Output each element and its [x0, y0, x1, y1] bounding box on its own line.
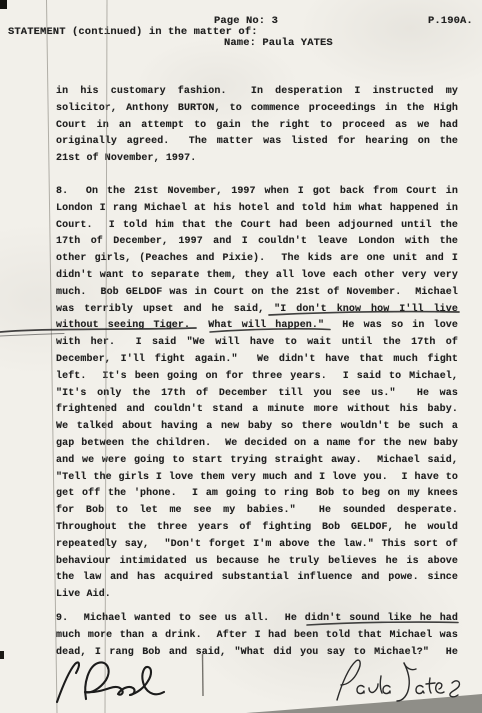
body-line: London I rang Michael at his hotel and t… [56, 201, 458, 218]
scanned-statement-page: STATEMENT (continued) in the matter of: … [0, 0, 482, 713]
body-line: without seeing Tiger. What will happen."… [56, 318, 458, 335]
body-line: for Bob to let me see my babies." He sou… [56, 503, 458, 520]
statement-continued-label: STATEMENT (continued) in the matter of: [8, 26, 258, 38]
body-line: and we were going to start trying straig… [56, 453, 458, 470]
body-line: in his customary fashion. In desperation… [56, 84, 458, 101]
body-line: 21st of November, 1997. [56, 151, 458, 168]
body-line: Court. I told him that the Court had bee… [56, 218, 458, 235]
paragraph: 8. On the 21st November, 1997 when I got… [56, 184, 458, 604]
body-line: "Tell the girls I love them very much an… [56, 470, 458, 487]
body-line: dead, I rang Bob and said, "What did you… [56, 645, 458, 662]
body-line: originally agreed. The matter was listed… [56, 134, 458, 151]
body-line: gap between the children. We decided on … [56, 436, 458, 453]
body-line: other girls, (Peaches and Pixie). The ki… [56, 251, 458, 268]
body-line: We talked about having a new baby so the… [56, 419, 458, 436]
body-line: behaviour intimidated us because he trul… [56, 554, 458, 571]
body-line: "It's only the 17th of December till you… [56, 386, 458, 403]
statement-body: in his customary fashion. In desperation… [56, 84, 458, 661]
body-line: frightened and couldn't stand a minute m… [56, 402, 458, 419]
body-line: 17th of December, 1997 and I couldn't le… [56, 234, 458, 251]
body-line: with her. I said "We will have to wait u… [56, 335, 458, 352]
body-line: repeatedly say, "Don't forget I'm above … [56, 537, 458, 554]
witness-name-label: Name: Paula YATES [224, 37, 333, 49]
body-line: left. It's been going on for three years… [56, 369, 458, 386]
scan-corner-mark-top-left [0, 0, 7, 9]
paragraph: in his customary fashion. In desperation… [56, 84, 458, 168]
body-line: get off the 'phone. I am going to ring B… [56, 486, 458, 503]
body-line: much more than a drink. After I had been… [56, 628, 458, 645]
body-line: 9. Michael wanted to see us all. He didn… [56, 611, 458, 628]
signature-right [337, 660, 459, 701]
body-line: Live Aid. [56, 587, 458, 604]
page-number-label: Page No: 3 [214, 15, 278, 27]
body-line: the law and has acquired substantial inf… [56, 570, 458, 587]
signature-left [57, 662, 164, 702]
body-line: was terribly upset and he said, "I don't… [56, 302, 458, 319]
exhibit-reference-label: P.190A. [428, 15, 473, 27]
body-line: didn't want to separate them, they all l… [56, 268, 458, 285]
scan-edge-mark-bottom-left [0, 651, 4, 659]
body-line: solicitor, Anthony BURTON, to commence p… [56, 101, 458, 118]
body-line: 8. On the 21st November, 1997 when I got… [56, 184, 458, 201]
pen-underline-echo-stroke [0, 334, 64, 337]
body-line: December, I'll fight again." We didn't h… [56, 352, 458, 369]
body-line: Court in an attempt to gain the right to… [56, 118, 458, 135]
paragraph: 9. Michael wanted to see us all. He didn… [56, 611, 458, 661]
body-line: much. Bob GELDOF was in Court on the 21s… [56, 285, 458, 302]
page-bottom-edge-shadow [246, 694, 482, 713]
body-line: Throughout the three years of fighting B… [56, 520, 458, 537]
